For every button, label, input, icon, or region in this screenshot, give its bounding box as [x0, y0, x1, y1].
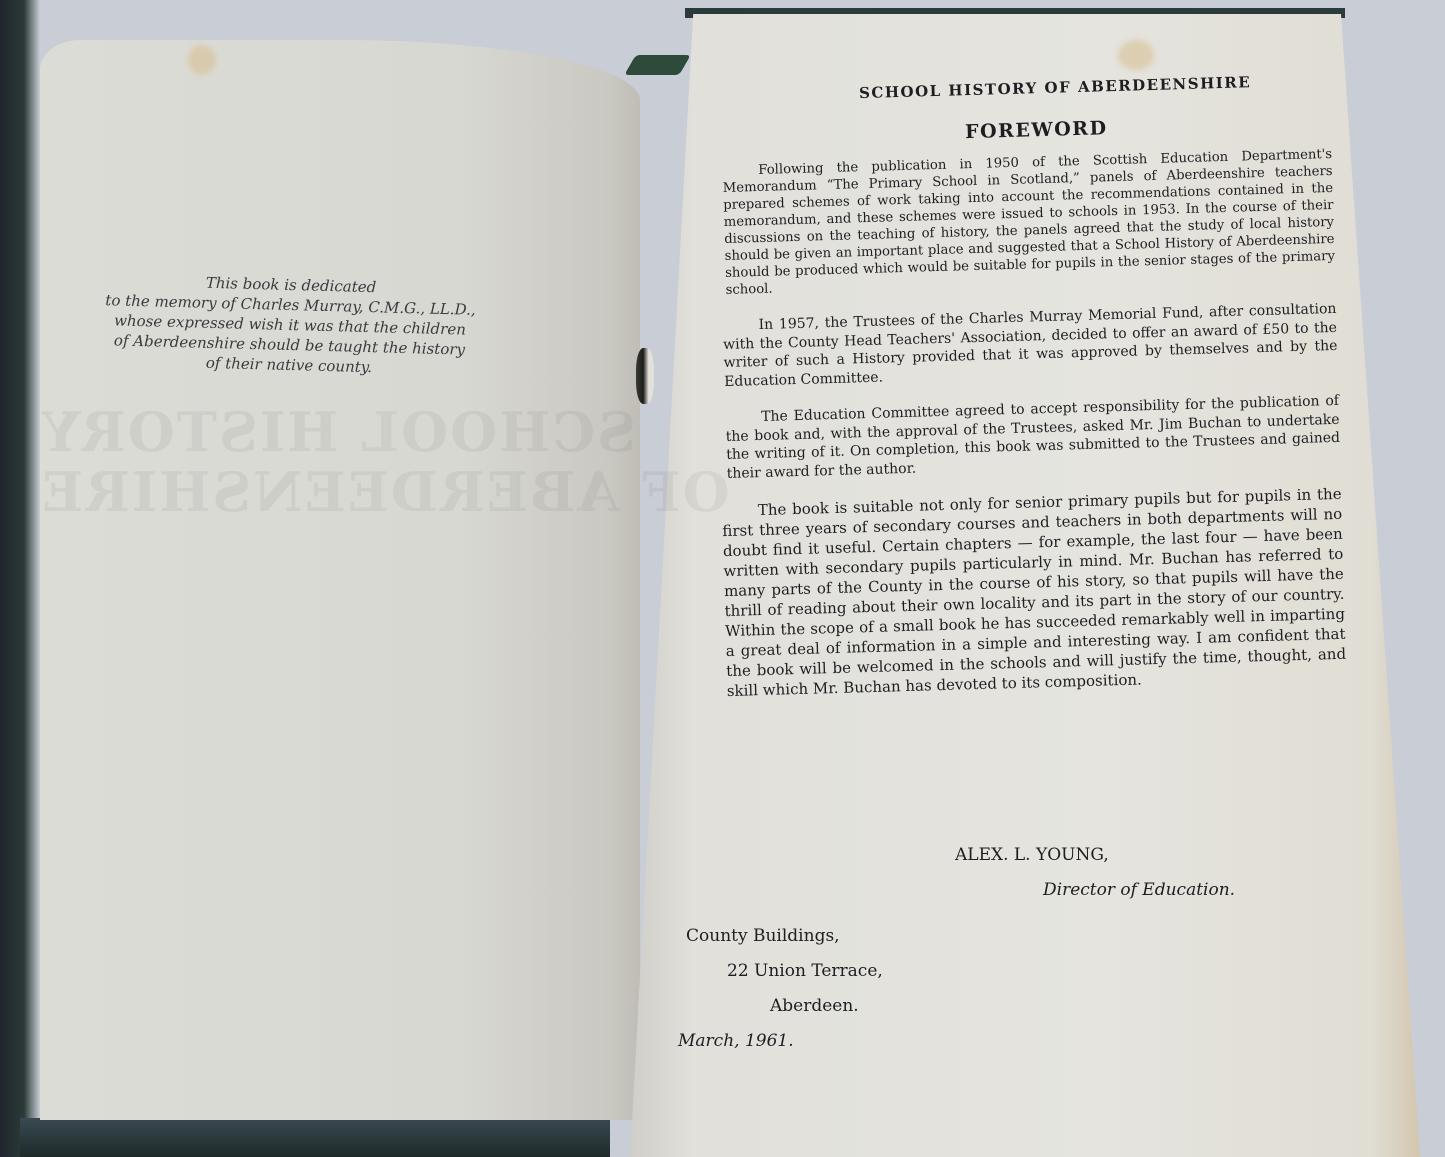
foreword-paragraph: Following the publication in 1950 of the…: [722, 146, 1336, 299]
book-spine-cloth: [624, 55, 691, 75]
address-line: 22 Union Terrace,: [727, 961, 883, 981]
signatory-title: Director of Education.: [1043, 880, 1235, 900]
dedication: This book is dedicated to the memory of …: [79, 270, 501, 381]
book-cover-left: [0, 0, 40, 1157]
address-date: March, 1961.: [678, 1031, 794, 1051]
address-line: County Buildings,: [686, 926, 840, 946]
book-cover-bottom-edge: [20, 1118, 610, 1157]
left-page: [40, 40, 640, 1120]
foreword-content: SCHOOL HISTORY OF ABERDEENSHIRE FOREWORD…: [720, 71, 1347, 719]
address-line: Aberdeen.: [770, 996, 859, 1016]
gutter-tear: [636, 348, 654, 404]
show-through-text: SCHOOL HISTORY: [40, 400, 636, 464]
foreword-paragraph: The Education Committee agreed to accept…: [725, 392, 1341, 483]
foreword-heading: FOREWORD: [741, 111, 1331, 149]
signatory-name: ALEX. L. YOUNG,: [955, 845, 1109, 865]
foreword-paragraph: The book is suitable not only for senior…: [722, 484, 1347, 701]
foxing-stain: [188, 45, 216, 75]
foreword-paragraph: In 1957, the Trustees of the Charles Mur…: [722, 300, 1338, 391]
show-through-text: OF ABERDEENSHIRE: [40, 460, 730, 524]
foxing-stain: [1118, 40, 1154, 70]
